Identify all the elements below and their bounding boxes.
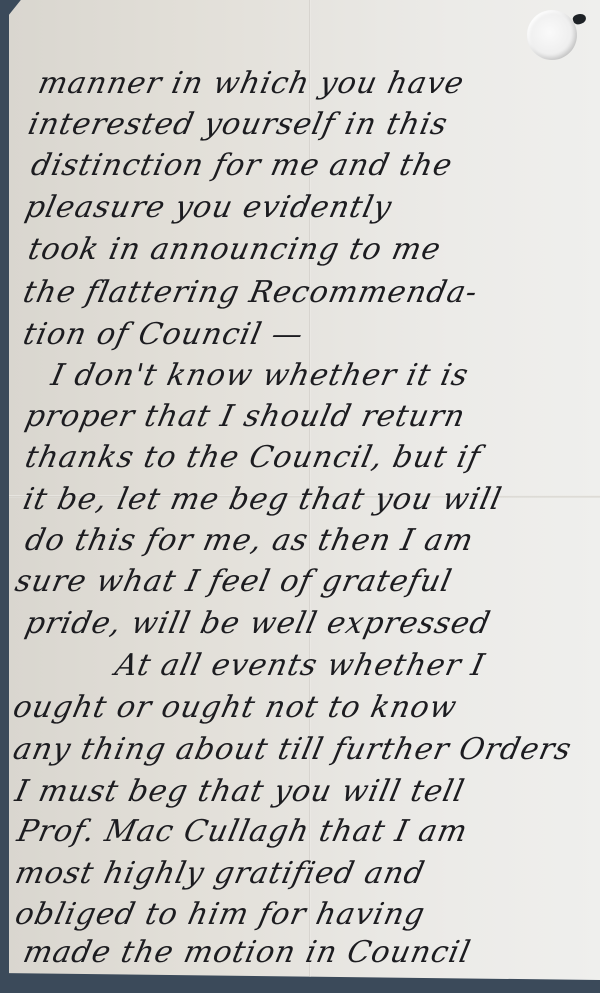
letter-line: took in announcing to me xyxy=(25,232,444,267)
letter-line: tion of Council — xyxy=(20,317,307,352)
letter-line: ought or ought not to know xyxy=(10,690,460,725)
letter-line: distinction for me and the xyxy=(28,148,456,183)
letter-line: any thing about till further Orders xyxy=(10,732,575,767)
letter-line: the flattering Recommenda- xyxy=(20,275,481,310)
letter-line: proper that I should return xyxy=(22,399,469,434)
letter-line: pride, will be well expressed xyxy=(22,606,494,641)
letter-line: thanks to the Council, but if xyxy=(22,440,484,475)
letter-line: I don't know whether it is xyxy=(48,358,472,393)
letter-line: manner in which you have xyxy=(35,66,468,101)
letter-line: made the motion in Council xyxy=(20,935,474,970)
letter-line: interested yourself in this xyxy=(25,107,451,142)
letter-line: it be, let me beg that you will xyxy=(20,482,505,517)
letter-line: Prof. Mac Cullagh that I am xyxy=(14,814,471,849)
letter-line: obliged to him for having xyxy=(12,897,428,932)
letter-line: most highly gratified and xyxy=(12,856,428,891)
letter-line: sure what I feel of grateful xyxy=(12,564,455,599)
letter-line: pleasure you evidently xyxy=(22,190,395,225)
letter-line: At all events whether I xyxy=(112,648,488,683)
letter-line: I must beg that you will tell xyxy=(12,774,468,809)
letter-line: do this for me, as then I am xyxy=(22,523,477,558)
letter-text: manner in which you have interested your… xyxy=(0,0,600,993)
